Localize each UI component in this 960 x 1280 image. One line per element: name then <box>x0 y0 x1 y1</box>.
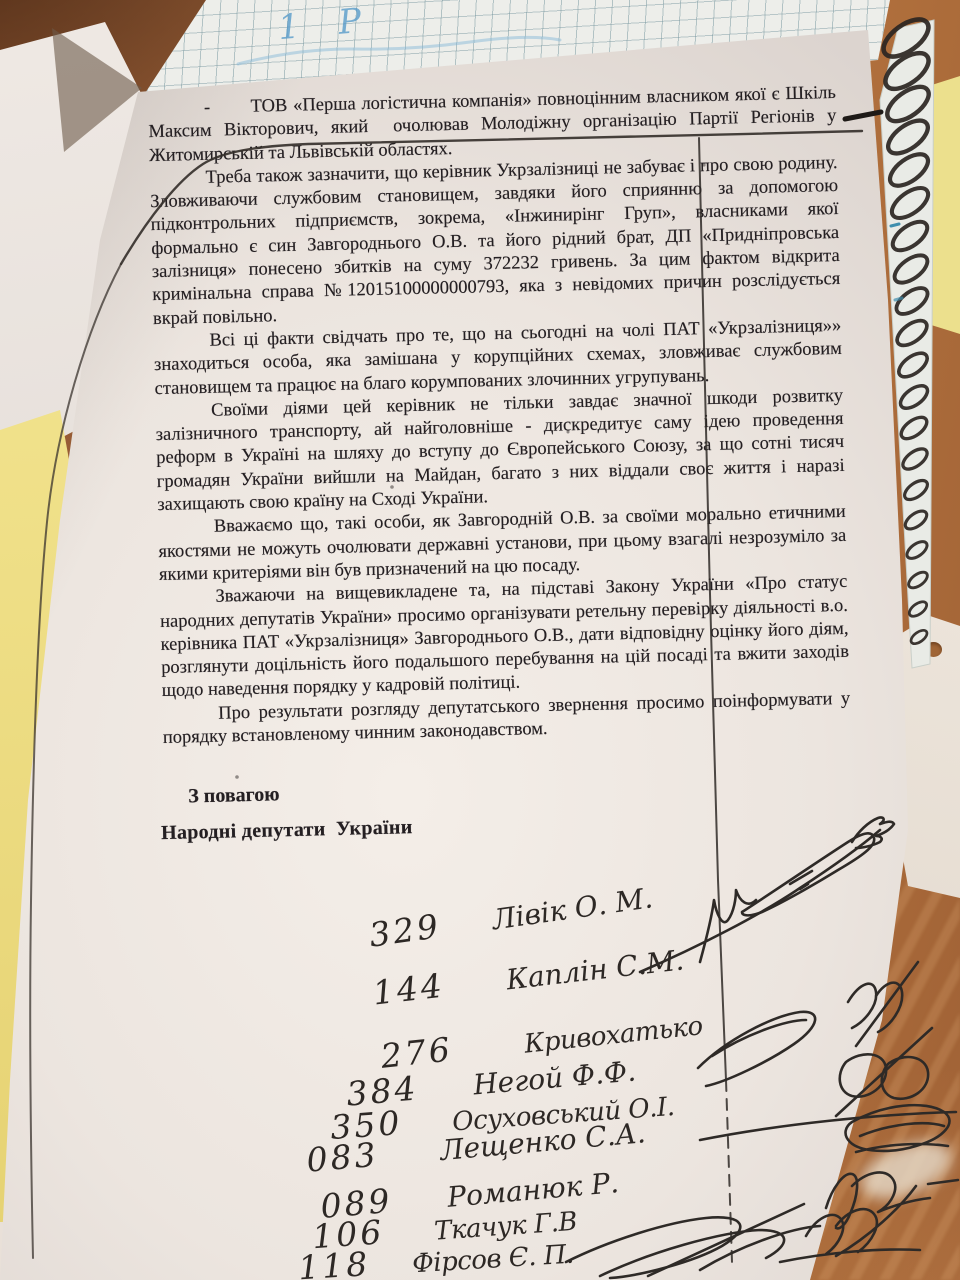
spiral-coil <box>907 599 929 619</box>
closing-salutation: З повагою <box>188 770 858 809</box>
deputy-card-number: 083 <box>305 1135 380 1180</box>
punch-hole <box>925 642 942 657</box>
spiral-coil <box>897 381 932 412</box>
spiral-coil <box>898 413 931 443</box>
deputy-card-number: 144 <box>371 966 447 1013</box>
spiral-coil <box>892 283 932 319</box>
deputy-card-number: 118 <box>297 1244 371 1280</box>
blue-handwritten-note: 1 Р <box>276 0 376 48</box>
paragraph: Треба також зазначити, що керівник Укрза… <box>127 152 847 332</box>
paragraph: Своїми діями цей керівник не тільки завд… <box>133 385 852 518</box>
spiral-coil <box>904 538 930 561</box>
paragraph: Зважаючи на вищевикладене та, на підстав… <box>137 571 856 704</box>
spiral-coil <box>901 477 930 504</box>
photo-of-document: 1 Р - ТОВ «Перша логістична компанія» по… <box>0 0 960 1280</box>
spiral-coil <box>895 349 931 382</box>
spiral-coil <box>899 445 930 473</box>
teal-tick-mark <box>891 224 899 226</box>
spiral-coil <box>893 316 931 350</box>
document-text-block: - ТОВ «Перша логістична компанія» повноц… <box>126 82 859 846</box>
spiral-coil <box>902 508 930 533</box>
teal-tick-mark <box>895 298 902 300</box>
spiral-coil <box>906 569 930 591</box>
